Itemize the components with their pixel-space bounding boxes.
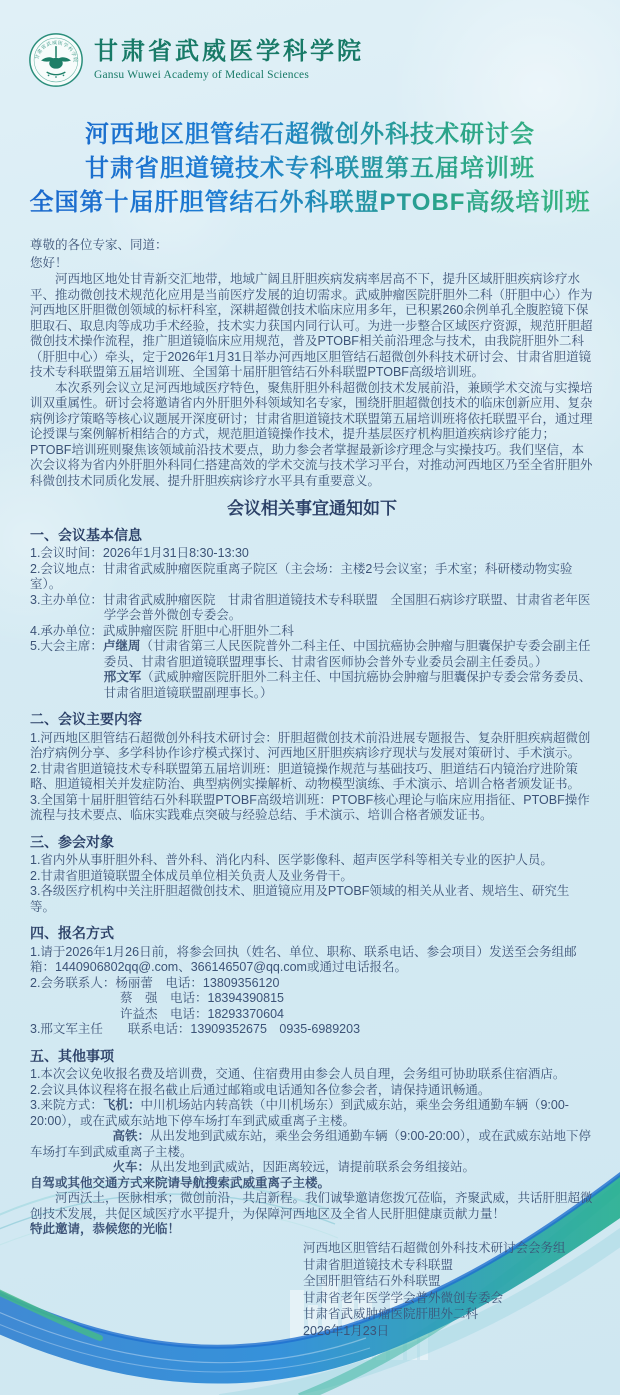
greeting-line: 您好！: [30, 254, 594, 272]
section-lines: 1.本次会议免收报名费及培训费，交通、住宿费用由参会人员自理，会务组可协助联系住…: [30, 1067, 594, 1238]
notice-line: 3.来院方式：飞机：中川机场站内转高铁（中川机场东）到武威东站，乘坐会务组通勤车…: [30, 1098, 594, 1129]
notice-line: 1.本次会议免收报名费及培训费，交通、住宿费用由参会人员自理，会务组可协助联系住…: [30, 1067, 594, 1083]
notice-line: 自驾或其他交通方式来院请导航搜索武威重离子主楼。: [30, 1176, 594, 1192]
notice-body: 尊敬的各位专家、同道： 您好！ 河西地区地处甘青新交汇地带，地域广阔且肝胆疾病发…: [0, 220, 620, 1238]
section-registration: 四、报名方式 1.请于2026年1月26日前，将参会回执（姓名、单位、职称、联系…: [30, 926, 594, 1038]
notice-line: 3.各级医疗机构中关注肝胆超微创技术、胆道镜应用及PTOBF领域的相关从业者、规…: [30, 884, 594, 915]
event-title-line-2: 甘肃省胆道镜技术专科联盟第五届培训班: [8, 152, 612, 186]
notice-line: 1.请于2026年1月26日前，将参会回执（姓名、单位、职称、联系电话、参会项目…: [30, 945, 594, 976]
org-name-cn: 甘肃省武威医学科学院: [94, 39, 364, 65]
academy-seal-icon: 甘肃省武威医学科学院: [28, 32, 84, 88]
notice-line: 特此邀请，恭候您的光临！: [30, 1222, 594, 1238]
event-title-block: 河西地区胆管结石超微创外科技术研讨会 甘肃省胆道镜技术专科联盟第五届培训班 全国…: [8, 118, 612, 220]
notice-line: 2.会务联系人：杨丽蕾 电话：13809356120: [30, 976, 594, 992]
notice-line: 1.会议时间：2026年1月31日8:30-13:30: [30, 546, 594, 562]
notice-line: 1.省内外从事肝胆外科、普外科、消化内科、医学影像科、超声医学科等相关专业的医护…: [30, 853, 594, 869]
event-title-line-3: 全国第十届肝胆管结石外科联盟PTOBF高级培训班: [8, 186, 612, 220]
section-lines: 1.会议时间：2026年1月31日8:30-13:302.会议地点：甘肃省武威肿…: [30, 546, 594, 701]
signature-line: 2026年1月23日: [303, 1323, 566, 1340]
notice-line: 3.邢文军主任 联系电话：13909352675 0935-6989203: [30, 1022, 594, 1038]
signature-line: 甘肃省武威肿瘤医院肝胆外二科: [303, 1306, 566, 1323]
signature-line: 甘肃省老年医学学会普外微创专委会: [303, 1290, 566, 1307]
notice-heading: 会议相关事宜通知如下: [30, 501, 594, 517]
notice-line: 高铁：从出发地到武威东站，乘坐会务组通勤车辆（9:00-20:00），或在武威东…: [30, 1129, 594, 1160]
section-lines: 1.请于2026年1月26日前，将参会回执（姓名、单位、职称、联系电话、参会项目…: [30, 945, 594, 1038]
section-lines: 1.河西地区胆管结石超微创外科技术研讨会：肝胆超微创技术前沿进展专题报告、复杂肝…: [30, 731, 594, 824]
section-main-content: 二、会议主要内容 1.河西地区胆管结石超微创外科技术研讨会：肝胆超微创技术前沿进…: [30, 712, 594, 824]
notice-line: 2.会议具体议程将在报名截止后通过邮箱或电话通知各位参会者，请保持通讯畅通。: [30, 1083, 594, 1099]
section-basic-info: 一、会议基本信息 1.会议时间：2026年1月31日8:30-13:302.会议…: [30, 528, 594, 702]
notice-line: 邢文军（武威肿瘤医院肝胆外二科主任、中国抗癌协会肿瘤与胆囊保护专委会常务委员、甘…: [30, 670, 594, 701]
intro-paragraph: 河西地区地处甘青新交汇地带，地域广阔且肝胆疾病发病率居高不下，提升区域肝胆疾病诊…: [30, 272, 594, 381]
signature-line: 河西地区胆管结石超微创外科技术研讨会会务组: [303, 1240, 566, 1257]
notice-line: 4.承办单位：武威肿瘤医院 肝胆中心肝胆外二科: [30, 624, 594, 640]
signature-line: 全国肝胆管结石外科联盟: [303, 1273, 566, 1290]
notice-line: 1.河西地区胆管结石超微创外科技术研讨会：肝胆超微创技术前沿进展专题报告、复杂肝…: [30, 731, 594, 762]
conference-notice-poster: 甘肃省武威医学科学院 甘肃省武威医学科学院 Gansu Wuwei Academ…: [0, 0, 620, 1395]
section-heading: 一、会议基本信息: [30, 528, 594, 544]
section-heading: 四、报名方式: [30, 926, 594, 942]
section-heading: 三、参会对象: [30, 835, 594, 851]
org-name-en: Gansu Wuwei Academy of Medical Sciences: [94, 69, 364, 81]
section-other-matters: 五、其他事项 1.本次会议免收报名费及培训费，交通、住宿费用由参会人员自理，会务…: [30, 1049, 594, 1238]
section-attendees: 三、参会对象 1.省内外从事肝胆外科、普外科、消化内科、医学影像科、超声医学科等…: [30, 835, 594, 916]
notice-line: 3.全国第十届肝胆管结石外科联盟PTOBF高级培训班：PTOBF核心理论与临床应…: [30, 793, 594, 824]
header: 甘肃省武威医学科学院 甘肃省武威医学科学院 Gansu Wuwei Academ…: [0, 0, 620, 220]
notice-line: 许益杰 电话：18293370604: [30, 1007, 594, 1023]
signature-line: 甘肃省胆道镜技术专科联盟: [303, 1257, 566, 1274]
notice-line: 蔡 强 电话：18394390815: [30, 991, 594, 1007]
section-lines: 1.省内外从事肝胆外科、普外科、消化内科、医学影像科、超声医学科等相关专业的医护…: [30, 853, 594, 915]
signature-block: 河西地区胆管结石超微创外科技术研讨会会务组甘肃省胆道镜技术专科联盟全国肝胆管结石…: [303, 1240, 566, 1339]
notice-line: 2.甘肃省胆道镜技术专科联盟第五届培训班：胆道镜操作规范与基础技巧、胆道结石内镜…: [30, 762, 594, 793]
salutation-line: 尊敬的各位专家、同道：: [30, 236, 594, 254]
notice-line: 火车：从出发地到武威站，因距离较远，请提前联系会务组接站。: [30, 1160, 594, 1176]
intro-paragraph: 本次系列会议立足河西地域医疗特色，聚焦肝胆外科超微创技术发展前沿，兼顾学术交流与…: [30, 381, 594, 490]
section-heading: 五、其他事项: [30, 1049, 594, 1065]
notice-line: 2.会议地点：甘肃省武威肿瘤医院重离子院区（主会场：主楼2号会议室；手术室；科研…: [30, 562, 594, 593]
notice-line: 3.主办单位：甘肃省武威肿瘤医院 甘肃省胆道镜技术专科联盟 全国胆石病诊疗联盟、…: [30, 593, 594, 624]
notice-line: 2.甘肃省胆道镜联盟全体成员单位相关负责人及业务骨干。: [30, 869, 594, 885]
notice-line: 河西沃土，医脉相承；微创前沿，共启新程。我们诚挚邀请您拨冗莅临，齐聚武威，共话肝…: [30, 1191, 594, 1222]
event-title-line-1: 河西地区胆管结石超微创外科技术研讨会: [8, 118, 612, 152]
notice-line: 5.大会主席：卢继周（甘肃省第三人民医院普外二科主任、中国抗癌协会肿瘤与胆囊保护…: [30, 639, 594, 670]
org-logo: 甘肃省武威医学科学院 甘肃省武威医学科学院 Gansu Wuwei Academ…: [0, 0, 620, 88]
section-heading: 二、会议主要内容: [30, 712, 594, 728]
